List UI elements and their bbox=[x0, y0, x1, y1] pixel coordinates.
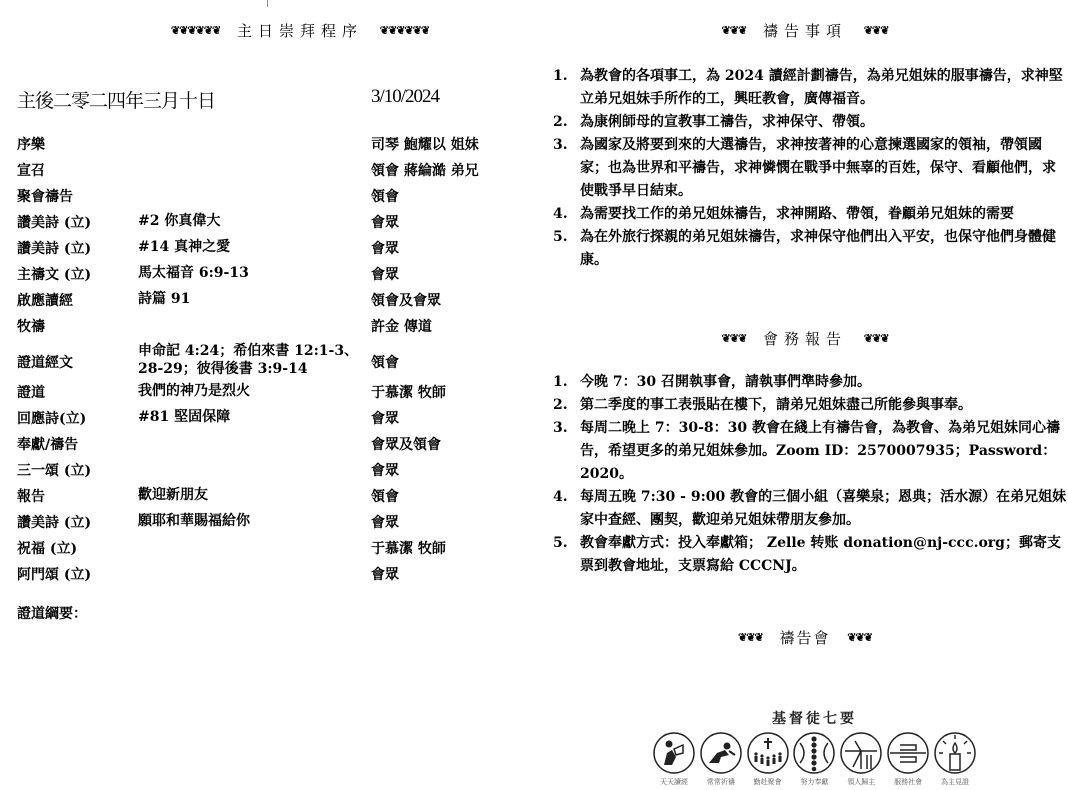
list-number: 2. bbox=[553, 111, 573, 134]
program-person: 會眾 bbox=[371, 512, 399, 534]
program-row: 阿門頌 (立)會眾 bbox=[17, 564, 517, 590]
program-person: 領會 蔣綸澔 弟兄 bbox=[371, 160, 479, 182]
program-row: 報告歡迎新朋友領會 bbox=[17, 486, 517, 512]
program-row: 三一頌 (立)會眾 bbox=[17, 460, 517, 486]
ornament-right-icon: ❦❦❦ bbox=[864, 24, 889, 37]
list-text: 為教會的各項事工，為 2024 讀經計劃禱告，為弟兄姐妹的服事禱告，求神堅立弟兄… bbox=[580, 68, 1063, 107]
worship-program-title: 主日崇拜程序 bbox=[237, 22, 363, 40]
reading-bible-icon bbox=[652, 731, 696, 775]
program-person: 會眾 bbox=[371, 408, 399, 430]
program-item: 讚美詩 (立) bbox=[17, 212, 91, 234]
essential-caption: 領人歸主 bbox=[839, 777, 883, 787]
serving-hands-icon bbox=[886, 731, 930, 775]
seven-essentials-title: 基督徒七要 bbox=[652, 708, 977, 728]
prayer-meeting-title: 禱告會 bbox=[779, 629, 830, 647]
program-person: 于慕潔 牧師 bbox=[371, 538, 446, 560]
list-item: 5.為在外旅行探親的弟兄姐妹禱告，求神保守他們出入平安，也保守他們身體健康。 bbox=[553, 226, 1068, 272]
numeric-date: 3/10/2024 bbox=[371, 86, 439, 108]
seven-essentials-graphic: 基督徒七要 天天讀經 常常祈禱 勤赴聚會 努力奉獻 領人歸主 服務社會 為主見證 bbox=[652, 708, 977, 787]
kneeling-prayer-icon bbox=[699, 731, 743, 775]
list-text: 今晚 7：30 召開執事會，請執事們準時參加。 bbox=[580, 374, 871, 390]
essential-caption: 常常祈禱 bbox=[699, 777, 743, 787]
program-row: 回應詩(立)#81 堅固保障會眾 bbox=[17, 408, 517, 434]
essential-caption: 勤赴聚會 bbox=[746, 777, 790, 787]
program-person: 會眾及領會 bbox=[371, 434, 441, 456]
essential-caption: 服務社會 bbox=[886, 777, 930, 787]
list-text: 每周二晚上 7：30-8：30 教會在綫上有禱告會，為教會、為弟兄姐妹同心禱告，… bbox=[580, 420, 1060, 482]
program-item: 宣召 bbox=[17, 160, 45, 182]
program-detail: 申命記 4:24；希伯來書 12:1-3、28-29；彼得後書 3:9-14 bbox=[138, 342, 363, 378]
list-number: 1. bbox=[553, 371, 573, 394]
list-item: 3.每周二晚上 7：30-8：30 教會在綫上有禱告會，為教會、為弟兄姐妹同心禱… bbox=[553, 417, 1068, 486]
list-text: 為在外旅行探親的弟兄姐妹禱告，求神保守他們出入平安，也保守他們身體健康。 bbox=[580, 229, 1056, 268]
ornament-right-icon: ❦❦❦❦❦❦ bbox=[380, 24, 429, 37]
list-item: 4.為需要找工作的弟兄姐妹禱告，求神開路、帶領，眷顧弟兄姐妹的需要 bbox=[553, 203, 1068, 226]
list-item: 5.教會奉獻方式：投入奉獻箱； Zelle 转账 donation@nj-ccc… bbox=[553, 532, 1068, 578]
list-item: 2.第二季度的事工表張貼在樓下，請弟兄姐妹盡己所能參與事奉。 bbox=[553, 394, 1068, 417]
list-text: 為需要找工作的弟兄姐妹禱告，求神開路、帶領，眷顧弟兄姐妹的需要 bbox=[580, 206, 1014, 222]
program-detail: 馬太福音 6:9-13 bbox=[138, 264, 363, 282]
ornament-left-icon: ❦❦❦ bbox=[738, 631, 763, 644]
list-item: 1.今晚 7：30 召開執事會，請執事們準時參加。 bbox=[553, 371, 1068, 394]
program-item: 主禱文 (立) bbox=[17, 264, 91, 286]
church-affairs-title: 會務報告 bbox=[763, 330, 847, 348]
lead-to-lord-icon bbox=[839, 731, 883, 775]
list-text: 為國家及將要到來的大選禱告，求神按著神的心意揀選國家的領袖，帶領國家；也為世界和… bbox=[580, 137, 1056, 199]
program-person: 會眾 bbox=[371, 460, 399, 482]
church-affairs-heading: ❦❦❦ 會務報告 ❦❦❦ bbox=[640, 328, 970, 349]
congregation-cross-icon bbox=[746, 731, 790, 775]
program-row: 啟應讀經詩篇 91領會及會眾 bbox=[17, 290, 517, 316]
program-item: 啟應讀經 bbox=[17, 290, 73, 312]
ornament-left-icon: ❦❦❦❦❦❦ bbox=[171, 24, 220, 37]
program-person: 領會 bbox=[371, 352, 399, 374]
program-item: 聚會禱告 bbox=[17, 186, 73, 208]
program-detail: 願耶和華賜福給你 bbox=[138, 512, 363, 530]
program-item: 讚美詩 (立) bbox=[17, 238, 91, 260]
program-item: 報告 bbox=[17, 486, 45, 508]
program-item: 阿門頌 (立) bbox=[17, 564, 91, 586]
program-item: 回應詩(立) bbox=[17, 408, 86, 430]
worship-program-heading: ❦❦❦❦❦❦ 主日崇拜程序 ❦❦❦❦❦❦ bbox=[100, 20, 500, 41]
list-item: 2.為康俐師母的宣教事工禱告，求神保守、帶領。 bbox=[553, 111, 1068, 134]
essential-caption: 為主見證 bbox=[933, 777, 977, 787]
list-number: 4. bbox=[553, 486, 573, 509]
church-affairs-list: 1.今晚 7：30 召開執事會，請執事們準時參加。 2.第二季度的事工表張貼在樓… bbox=[553, 371, 1068, 578]
prayer-meeting-heading: ❦❦❦ 禱告會 ❦❦❦ bbox=[660, 627, 950, 648]
essential-caption: 天天讀經 bbox=[652, 777, 696, 787]
program-item: 讚美詩 (立) bbox=[17, 512, 91, 534]
prayer-items-list: 1.為教會的各項事工，為 2024 讀經計劃禱告，為弟兄姐妹的服事禱告，求神堅立… bbox=[553, 65, 1068, 272]
list-text: 為康俐師母的宣教事工禱告，求神保守、帶領。 bbox=[580, 114, 874, 130]
essential-caption: 努力奉獻 bbox=[792, 777, 836, 787]
program-item: 牧禱 bbox=[17, 316, 45, 338]
prayer-items-title: 禱告事項 bbox=[763, 22, 847, 40]
list-number: 5. bbox=[553, 226, 573, 249]
program-row: 祝福 (立)于慕潔 牧師 bbox=[17, 538, 517, 564]
program-person: 司琴 鮑耀以 姐妹 bbox=[371, 134, 479, 156]
program-item: 奉獻/禱告 bbox=[17, 434, 78, 456]
list-item: 3.為國家及將要到來的大選禱告，求神按著神的心意揀選國家的領袖，帶領國家；也為世… bbox=[553, 134, 1068, 203]
program-item: 證道 bbox=[17, 382, 45, 404]
list-number: 5. bbox=[553, 532, 573, 555]
program-person: 領會 bbox=[371, 186, 399, 208]
prayer-items-heading: ❦❦❦ 禱告事項 ❦❦❦ bbox=[640, 20, 970, 41]
ornament-left-icon: ❦❦❦ bbox=[722, 24, 747, 37]
program-row: 奉獻/禱告會眾及領會 bbox=[17, 434, 517, 460]
chinese-date: 主後二零二四年三月十日 bbox=[17, 86, 215, 113]
list-number: 2. bbox=[553, 394, 573, 417]
program-person: 領會 bbox=[371, 486, 399, 508]
ornament-left-icon: ❦❦❦ bbox=[722, 332, 747, 345]
program-person: 于慕潔 牧師 bbox=[371, 382, 446, 404]
list-number: 3. bbox=[553, 417, 573, 440]
program-detail: #81 堅固保障 bbox=[138, 408, 363, 426]
program-row: 證道我們的神乃是烈火于慕潔 牧師 bbox=[17, 382, 517, 408]
list-text: 每周五晚 7:30 - 9:00 教會的三個小組（喜樂泉；恩典；活水源）在弟兄姐… bbox=[580, 489, 1066, 528]
program-person: 會眾 bbox=[371, 264, 399, 286]
list-item: 1.為教會的各項事工，為 2024 讀經計劃禱告，為弟兄姐妹的服事禱告，求神堅立… bbox=[553, 65, 1068, 111]
program-row: 宣召領會 蔣綸澔 弟兄 bbox=[17, 160, 517, 186]
list-number: 4. bbox=[553, 203, 573, 226]
program-row: 主禱文 (立)馬太福音 6:9-13會眾 bbox=[17, 264, 517, 290]
program-detail: 歡迎新朋友 bbox=[138, 486, 363, 504]
program-item: 三一頌 (立) bbox=[17, 460, 91, 482]
program-detail: 我們的神乃是烈火 bbox=[138, 382, 363, 400]
page-boundary-mark bbox=[267, 0, 268, 7]
program-detail: #2 你真偉大 bbox=[138, 212, 363, 230]
program-detail: 詩篇 91 bbox=[138, 290, 363, 308]
ornament-right-icon: ❦❦❦ bbox=[864, 332, 889, 345]
program-person: 領會及會眾 bbox=[371, 290, 441, 312]
program-row: 讚美詩 (立)#14 真神之愛會眾 bbox=[17, 238, 517, 264]
program-person: 會眾 bbox=[371, 212, 399, 234]
program-item: 序樂 bbox=[17, 134, 45, 156]
list-item: 4.每周五晚 7:30 - 9:00 教會的三個小組（喜樂泉；恩典；活水源）在弟… bbox=[553, 486, 1068, 532]
sermon-outline-label: 證道綱要： bbox=[17, 603, 87, 623]
list-number: 3. bbox=[553, 134, 573, 157]
program-person: 會眾 bbox=[371, 564, 399, 586]
program-person: 會眾 bbox=[371, 238, 399, 260]
program-row: 牧禱許金 傳道 bbox=[17, 316, 517, 342]
program-item: 證道經文 bbox=[17, 352, 73, 374]
program-detail: #14 真神之愛 bbox=[138, 238, 363, 256]
ornament-right-icon: ❦❦❦ bbox=[847, 631, 872, 644]
program-item: 祝福 (立) bbox=[17, 538, 77, 560]
fish-offering-icon bbox=[792, 731, 836, 775]
list-text: 第二季度的事工表張貼在樓下，請弟兄姐妹盡己所能參與事奉。 bbox=[580, 397, 972, 413]
program-row: 證道經文申命記 4:24；希伯來書 12:1-3、28-29；彼得後書 3:9-… bbox=[17, 342, 517, 382]
program-row: 聚會禱告領會 bbox=[17, 186, 517, 212]
candle-witness-icon bbox=[933, 731, 977, 775]
program-row: 讚美詩 (立)願耶和華賜福給你會眾 bbox=[17, 512, 517, 538]
program-table: 序樂司琴 鮑耀以 姐妹 宣召領會 蔣綸澔 弟兄 聚會禱告領會 讚美詩 (立)#2… bbox=[17, 134, 517, 590]
list-number: 1. bbox=[553, 65, 573, 88]
program-row: 序樂司琴 鮑耀以 姐妹 bbox=[17, 134, 517, 160]
list-text: 教會奉獻方式：投入奉獻箱； Zelle 转账 donation@nj-ccc.o… bbox=[580, 535, 1061, 574]
program-person: 許金 傳道 bbox=[371, 316, 432, 338]
program-row: 讚美詩 (立)#2 你真偉大會眾 bbox=[17, 212, 517, 238]
